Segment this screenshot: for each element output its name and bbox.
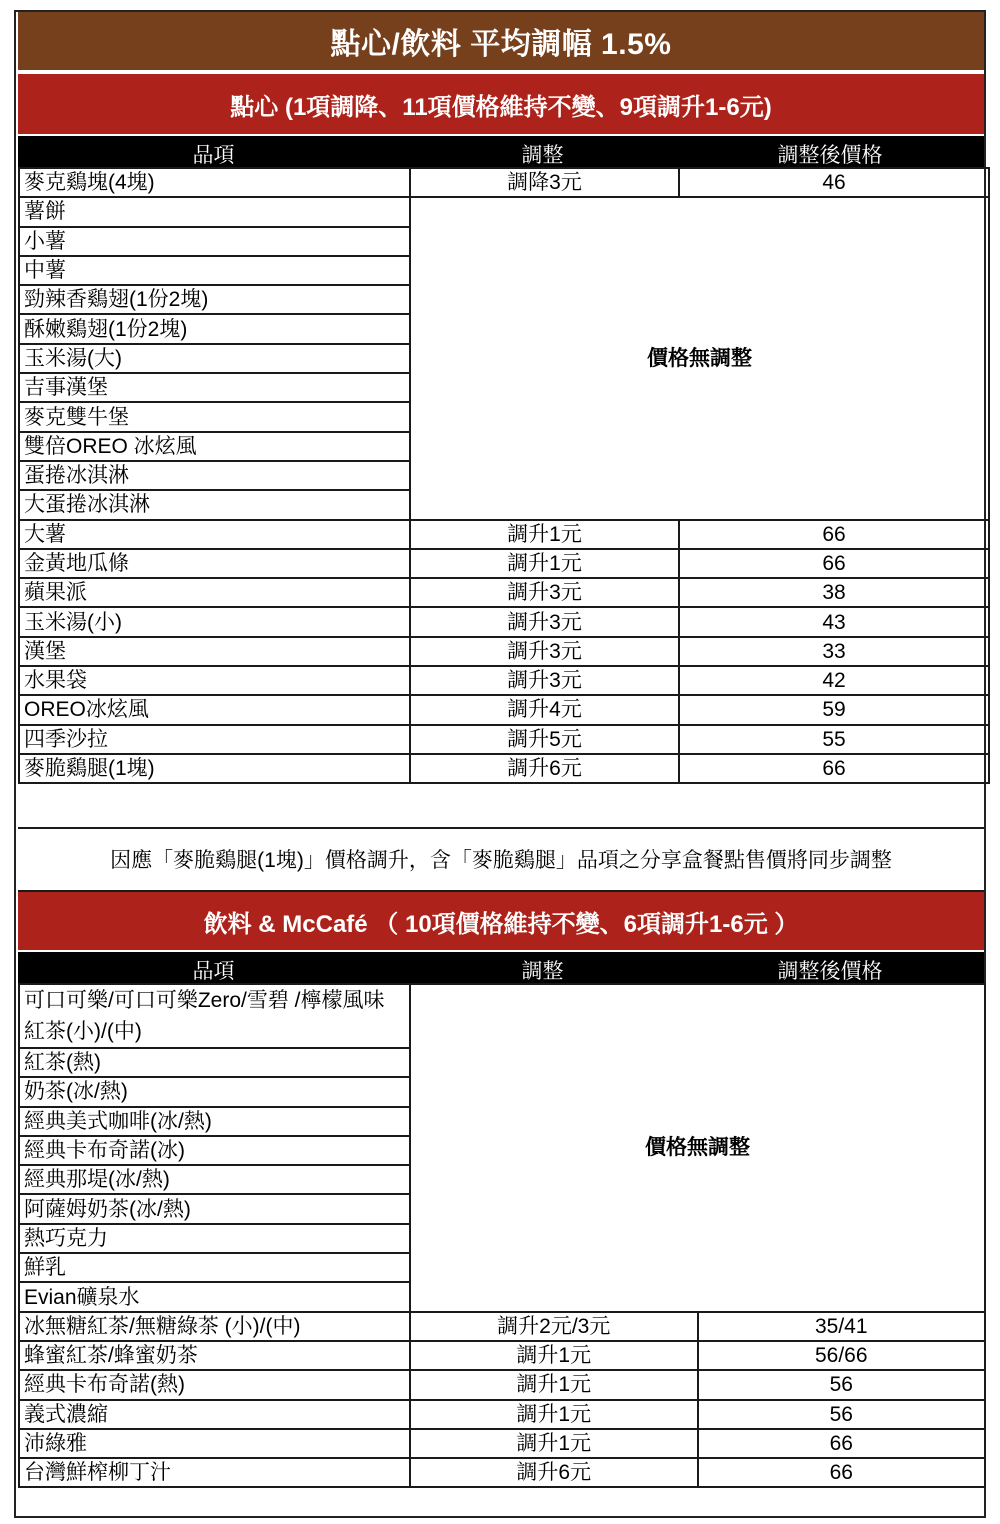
new-price-cell: 66: [679, 754, 989, 783]
adjustment-cell: 調升2元/3元: [410, 1312, 698, 1341]
item-cell: 金黃地瓜條: [19, 549, 410, 578]
snacks-footnote: 因應「麥脆鷄腿(1塊)」價格調升，含「麥脆鷄腿」品項之分享盒餐點售價將同步調整: [18, 827, 984, 889]
page-title: 點心/飲料 平均調幅 1.5%: [18, 12, 984, 70]
no-change-merged-cell: 價格無調整: [410, 197, 989, 519]
table-row: 蜂蜜紅茶/蜂蜜奶茶 調升1元 56/66: [19, 1341, 985, 1370]
table-row: 金黃地瓜條 調升1元 66: [19, 549, 989, 578]
item-cell: 紅茶(熱): [19, 1048, 410, 1077]
snacks-table: 麥克鷄塊(4塊) 調降3元 46 薯餅 價格無調整 小薯 中薯 勁辣香鷄翅(1份…: [18, 167, 990, 784]
table-row: 沛綠雅 調升1元 66: [19, 1429, 985, 1458]
item-cell: 麥脆鷄腿(1塊): [19, 754, 410, 783]
new-price-cell: 46: [679, 168, 989, 197]
item-cell: 漢堡: [19, 637, 410, 666]
item-cell: 雙倍OREO 冰炫風: [19, 432, 410, 461]
table-row: 可口可樂/可口可樂Zero/雪碧 /檸檬風味紅茶(小)/(中) 價格無調整: [19, 984, 985, 1048]
item-cell: 義式濃縮: [19, 1400, 410, 1429]
new-price-cell: 43: [679, 607, 989, 636]
adjustment-cell: 調降3元: [410, 168, 679, 197]
column-header-new-price: 調整後價格: [676, 955, 984, 985]
item-cell: 玉米湯(小): [19, 607, 410, 636]
new-price-cell: 35/41: [698, 1312, 986, 1341]
adjustment-cell: 調升1元: [410, 1400, 698, 1429]
table-row: 四季沙拉 調升5元 55: [19, 725, 989, 754]
item-cell: 麥克雙牛堡: [19, 402, 410, 431]
adjustment-cell: 調升3元: [410, 666, 679, 695]
table-row: 蘋果派 調升3元 38: [19, 578, 989, 607]
item-cell: 沛綠雅: [19, 1429, 410, 1458]
item-cell: 勁辣香鷄翅(1份2塊): [19, 285, 410, 314]
table-row: 義式濃縮 調升1元 56: [19, 1400, 985, 1429]
snacks-section-header: 點心 (1項調降、11項價格維持不變、9項調升1-6元): [18, 74, 984, 134]
new-price-cell: 38: [679, 578, 989, 607]
column-header-item: 品項: [18, 139, 409, 169]
table-row: 漢堡 調升3元 33: [19, 637, 989, 666]
adjustment-cell: 調升3元: [410, 607, 679, 636]
item-cell: OREO冰炫風: [19, 695, 410, 724]
item-cell: 小薯: [19, 227, 410, 256]
item-cell: 台灣鮮榨柳丁汁: [19, 1458, 410, 1487]
item-cell: 熱巧克力: [19, 1224, 410, 1253]
no-change-merged-cell: 價格無調整: [410, 984, 985, 1312]
item-cell: 可口可樂/可口可樂Zero/雪碧 /檸檬風味紅茶(小)/(中): [19, 984, 410, 1048]
table-row: OREO冰炫風 調升4元 59: [19, 695, 989, 724]
item-cell: 薯餅: [19, 197, 410, 226]
new-price-cell: 56/66: [698, 1341, 986, 1370]
new-price-cell: 59: [679, 695, 989, 724]
table-row: 水果袋 調升3元 42: [19, 666, 989, 695]
item-cell: 蛋捲冰淇淋: [19, 461, 410, 490]
item-cell: 冰無糖紅茶/無糖綠茶 (小)/(中): [19, 1312, 410, 1341]
price-table-frame: 點心/飲料 平均調幅 1.5% 點心 (1項調降、11項價格維持不變、9項調升1…: [14, 10, 986, 1518]
adjustment-cell: 調升1元: [410, 520, 679, 549]
item-cell: 鮮乳: [19, 1253, 410, 1282]
column-header-item: 品項: [18, 955, 409, 985]
item-cell: 大薯: [19, 520, 410, 549]
adjustment-cell: 調升3元: [410, 578, 679, 607]
new-price-cell: 55: [679, 725, 989, 754]
item-cell: 麥克鷄塊(4塊): [19, 168, 410, 197]
new-price-cell: 66: [698, 1429, 986, 1458]
new-price-cell: 42: [679, 666, 989, 695]
column-header-adjustment: 調整: [409, 139, 676, 169]
new-price-cell: 56: [698, 1400, 986, 1429]
new-price-cell: 66: [698, 1458, 986, 1487]
adjustment-cell: 調升6元: [410, 1458, 698, 1487]
adjustment-cell: 調升5元: [410, 725, 679, 754]
new-price-cell: 66: [679, 549, 989, 578]
table-row: 麥脆鷄腿(1塊) 調升6元 66: [19, 754, 989, 783]
item-cell: 阿薩姆奶茶(冰/熱): [19, 1194, 410, 1223]
table-row: 冰無糖紅茶/無糖綠茶 (小)/(中) 調升2元/3元 35/41: [19, 1312, 985, 1341]
adjustment-cell: 調升1元: [410, 1370, 698, 1399]
adjustment-cell: 調升1元: [410, 1429, 698, 1458]
item-cell: 玉米湯(大): [19, 344, 410, 373]
item-cell: 經典卡布奇諾(熱): [19, 1370, 410, 1399]
adjustment-cell: 調升1元: [410, 549, 679, 578]
drinks-column-header: 品項 調整 調整後價格: [18, 952, 984, 984]
snacks-column-header: 品項 調整 調整後價格: [18, 136, 984, 168]
column-header-adjustment: 調整: [409, 955, 676, 985]
new-price-cell: 56: [698, 1370, 986, 1399]
table-row: 台灣鮮榨柳丁汁 調升6元 66: [19, 1458, 985, 1487]
table-row: 經典卡布奇諾(熱) 調升1元 56: [19, 1370, 985, 1399]
item-cell: 酥嫩鷄翅(1份2塊): [19, 314, 410, 343]
adjustment-cell: 調升3元: [410, 637, 679, 666]
item-cell: 吉事漢堡: [19, 373, 410, 402]
new-price-cell: 66: [679, 520, 989, 549]
drinks-table: 可口可樂/可口可樂Zero/雪碧 /檸檬風味紅茶(小)/(中) 價格無調整 紅茶…: [18, 983, 986, 1488]
item-cell: 水果袋: [19, 666, 410, 695]
item-cell: 四季沙拉: [19, 725, 410, 754]
drinks-section-header: 飲料 & McCafé （ 10項價格維持不變、6項調升1-6元 ）: [18, 890, 984, 950]
new-price-cell: 33: [679, 637, 989, 666]
item-cell: 中薯: [19, 256, 410, 285]
adjustment-cell: 調升1元: [410, 1341, 698, 1370]
item-cell: 經典卡布奇諾(冰): [19, 1136, 410, 1165]
table-row: 玉米湯(小) 調升3元 43: [19, 607, 989, 636]
table-row: 薯餅 價格無調整: [19, 197, 989, 226]
item-cell: 蜂蜜紅茶/蜂蜜奶茶: [19, 1341, 410, 1370]
item-cell: Evian礦泉水: [19, 1282, 410, 1311]
item-cell: 經典美式咖啡(冰/熱): [19, 1107, 410, 1136]
column-header-new-price: 調整後價格: [676, 139, 984, 169]
item-cell: 奶茶(冰/熱): [19, 1077, 410, 1106]
adjustment-cell: 調升6元: [410, 754, 679, 783]
table-row: 大薯 調升1元 66: [19, 520, 989, 549]
item-cell: 蘋果派: [19, 578, 410, 607]
item-cell: 經典那堤(冰/熱): [19, 1165, 410, 1194]
adjustment-cell: 調升4元: [410, 695, 679, 724]
item-cell: 大蛋捲冰淇淋: [19, 490, 410, 519]
table-row: 麥克鷄塊(4塊) 調降3元 46: [19, 168, 989, 197]
